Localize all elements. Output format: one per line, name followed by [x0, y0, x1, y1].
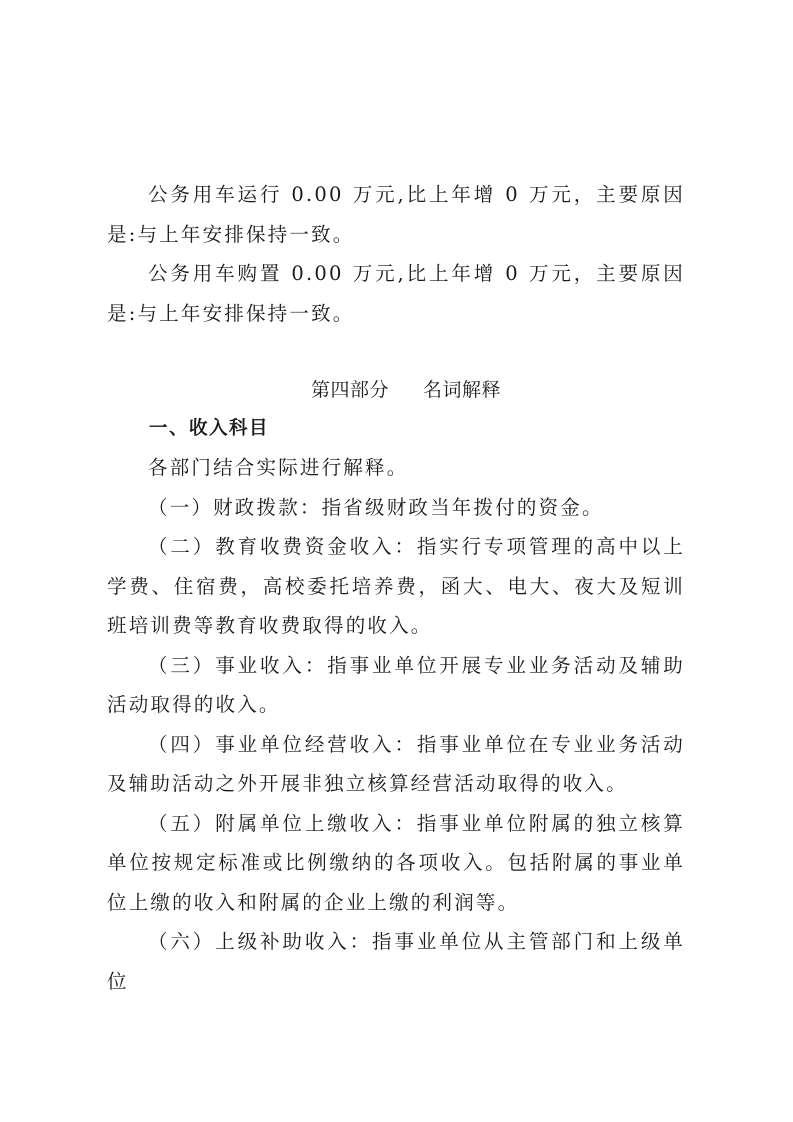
paragraph-vehicle-purchase: 公务用车购置 0.00 万元,比上年增 0 万元，主要原因是:与上年安排保持一致…: [107, 254, 685, 333]
intro-paragraph: 各部门结合实际进行解释。: [107, 448, 685, 488]
section-part-label: 第四部分: [311, 379, 389, 401]
item-superior-subsidy: （六）上级补助收入：指事业单位从主管部门和上级单位: [107, 922, 685, 1001]
subheading-income-items: 一、收入科目: [107, 410, 685, 448]
item-subsidiary-remittance: （五）附属单位上缴收入：指事业单位附属的独立核算单位按规定标准或比例缴纳的各项收…: [107, 804, 685, 923]
item-business-income: （三）事业收入：指事业单位开展专业业务活动及辅助活动取得的收入。: [107, 646, 685, 725]
section-title: 第四部分名词解释: [107, 370, 685, 410]
item-education-fee-income: （二）教育收费资金收入：指实行专项管理的高中以上学费、住宿费，高校委托培养费，函…: [107, 527, 685, 646]
document-page: 公务用车运行 0.00 万元,比上年增 0 万元，主要原因是:与上年安排保持一致…: [107, 175, 685, 1001]
item-fiscal-appropriation: （一）财政拨款：指省级财政当年拨付的资金。: [107, 488, 685, 528]
paragraph-vehicle-operation: 公务用车运行 0.00 万元,比上年增 0 万元，主要原因是:与上年安排保持一致…: [107, 175, 685, 254]
section-title-text: 名词解释: [423, 379, 501, 401]
item-operating-income: （四）事业单位经营收入：指事业单位在专业业务活动及辅助活动之外开展非独立核算经营…: [107, 725, 685, 804]
